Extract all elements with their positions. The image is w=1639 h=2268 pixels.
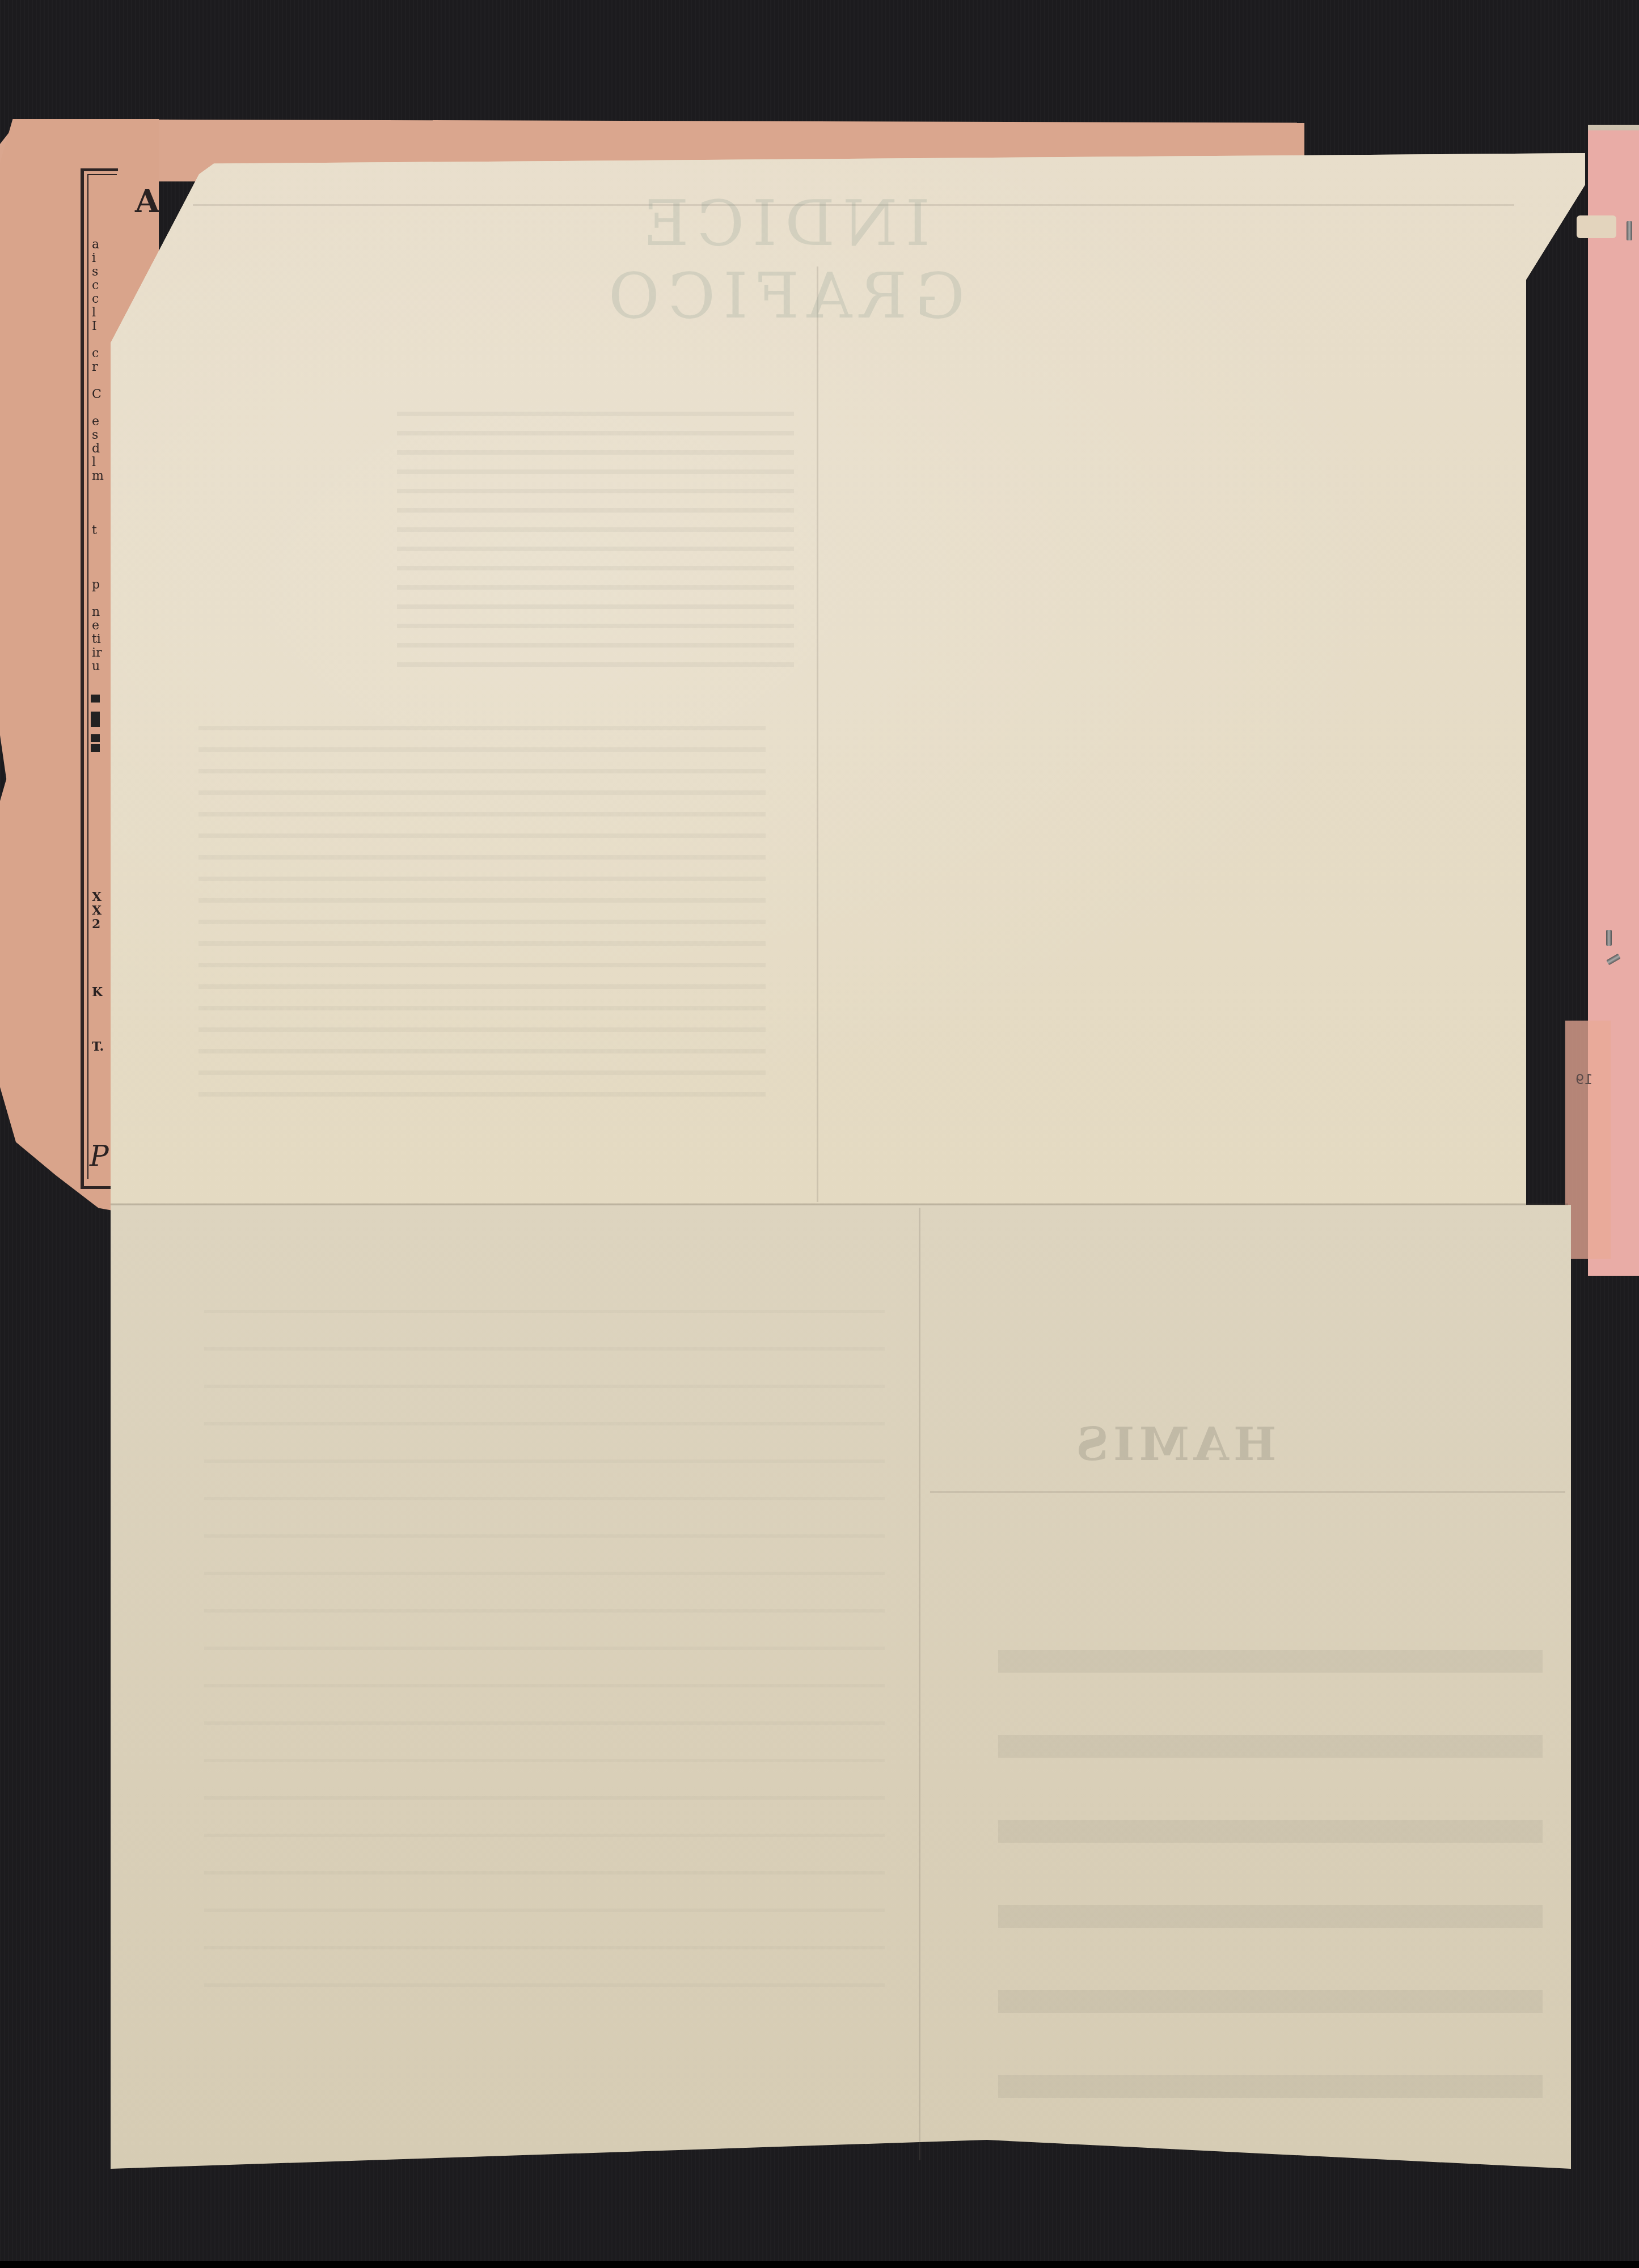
- torn-flap: [1577, 215, 1616, 238]
- ghost-text-block: [198, 709, 766, 1106]
- ghost-column-rule: [817, 266, 818, 1202]
- strip-block-mark: [91, 744, 100, 752]
- strip-block-mark: [91, 712, 100, 720]
- strip-text-lower: X X 2 K T.: [92, 890, 109, 1053]
- staple: [1627, 221, 1632, 240]
- strip-bottom-letter: P: [90, 1140, 109, 1173]
- ghost-text-block: [998, 1588, 1543, 2098]
- strip-top-letter: A: [135, 183, 159, 220]
- ghost-word: HAMIS: [1032, 1417, 1316, 1471]
- tape-label: 19: [1575, 1072, 1593, 1088]
- ghost-rule: [930, 1491, 1565, 1493]
- ghost-title: INDICE GRAFICO: [448, 187, 1117, 332]
- adhesive-tape: 19: [1565, 1021, 1611, 1259]
- fold-crease: [111, 1203, 1568, 1205]
- strip-block-mark: [91, 734, 100, 742]
- strip-text-upper: a i s c c l I c r C e s d l m t p n e ti…: [92, 238, 109, 674]
- strip-block-mark: [91, 695, 100, 703]
- ghost-text-block: [397, 397, 794, 680]
- scan-bottom-edge: [0, 2261, 1639, 2268]
- ghost-column-rule: [919, 1208, 920, 2160]
- ghost-text-block: [204, 1276, 885, 2013]
- staple: [1606, 930, 1612, 946]
- strip-block-mark: [91, 719, 100, 727]
